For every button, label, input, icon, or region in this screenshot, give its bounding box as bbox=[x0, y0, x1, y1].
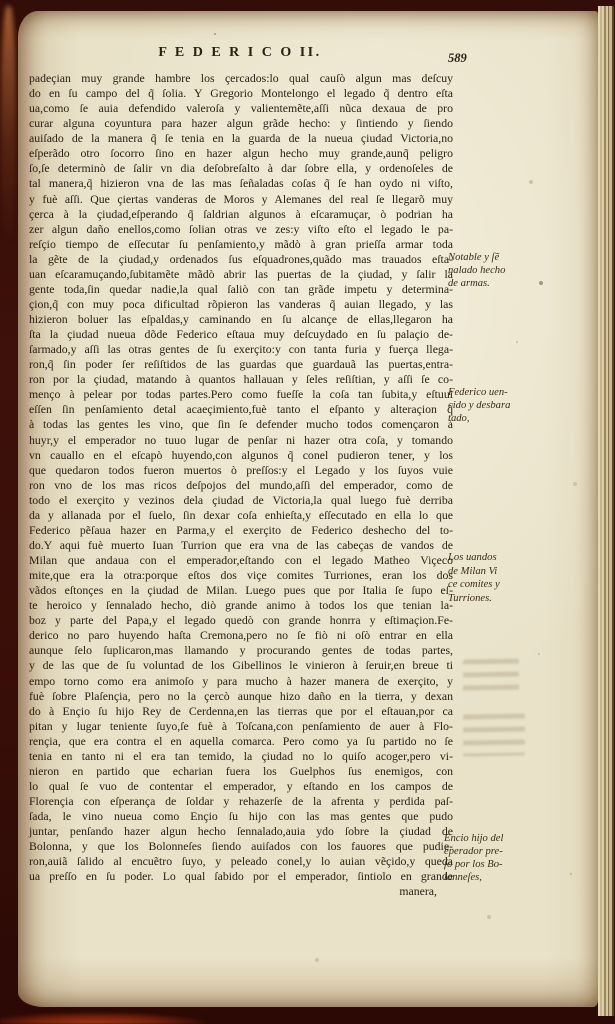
note-line: Encio hijo del bbox=[444, 832, 578, 845]
text-line: todo el exerçito y vezinos dela çiudad d… bbox=[29, 493, 453, 508]
page-number: 589 bbox=[448, 51, 467, 66]
note-line: Los uandos bbox=[448, 551, 582, 565]
note-line: ce comites y bbox=[448, 578, 582, 592]
text-line: ſo,ſe determinò de ſalir vn dia deſobreſ… bbox=[29, 161, 453, 176]
book-page: F E D E R I C O II. 589 padeçian muy gra… bbox=[18, 11, 598, 1007]
ink-bleedthrough bbox=[463, 713, 525, 756]
text-line: hizieron boluer las eſpaldas,y caminando… bbox=[29, 312, 453, 327]
text-line: pitan y lugar teniente ſuyo,ſe fuè à Toſ… bbox=[29, 719, 453, 734]
text-line: ua preſſo en ſu poder. Lo qual ſabido po… bbox=[29, 869, 453, 884]
text-line: auiſado de la manera q̃ ſe tenia en la g… bbox=[29, 131, 453, 146]
text-line: ſada, le vino nueua como Ençio ſu hijo c… bbox=[29, 809, 453, 824]
foxing-specks bbox=[18, 11, 20, 13]
text-line: do en ſu campo del q̃ ſolia. Y Gregorio … bbox=[29, 86, 453, 101]
text-line: eſperãdo otro ſocorro ſino en hazer algu… bbox=[29, 146, 453, 161]
text-line: da y allanada por el ſuelo, ſin dexar co… bbox=[29, 508, 453, 523]
text-line: do.Y aqui fuè muerto Iuan Turrion que er… bbox=[29, 538, 453, 553]
text-line: nieron en partido que echarian fuera los… bbox=[29, 764, 453, 779]
text-line: aunque ſelo ſuplicaron,mas llamando y pr… bbox=[29, 643, 453, 658]
text-line: y de las que de ſu voluntad de los Gibel… bbox=[29, 658, 453, 673]
text-line: do à Ençio ſu hijo Rey de Cerdenna,en la… bbox=[29, 704, 453, 719]
catchword: manera, bbox=[29, 884, 453, 899]
text-line: ſta la çiudad nueua dõde Federico eſtaua… bbox=[29, 327, 453, 342]
text-line: Florençia con eſperança de ſoldar y reha… bbox=[29, 794, 453, 809]
text-line: te heroico y ſennalado hecho, diò grande… bbox=[29, 598, 453, 613]
note-line: Federico uen- bbox=[448, 386, 582, 399]
text-line: y fuè aſſi. Que çiertas vanderas de Moro… bbox=[29, 192, 453, 207]
text-line: ron vno de los mas ricos deſpojos del mu… bbox=[29, 478, 453, 493]
text-line: fuè ſobre Plaſençia, pero no la çercò au… bbox=[29, 689, 453, 704]
margin-note: Federico uen-cido y desbaratado, bbox=[448, 386, 582, 425]
note-line: Notable y ſẽ bbox=[448, 251, 582, 264]
text-line: tenia en tanto ni el era tan temido, la … bbox=[29, 749, 453, 764]
text-line: gente toda,ſin quedar nadie,la qual ſali… bbox=[29, 282, 453, 297]
margin-note: Los uandosde Milan Vice comites yTurrion… bbox=[448, 551, 582, 605]
running-title: F E D E R I C O II. bbox=[29, 45, 451, 61]
note-line: ēperador pre- bbox=[444, 845, 578, 858]
note-line: tado, bbox=[448, 412, 582, 425]
text-line: la gẽte de la çiudad,y ordenados ſus eſq… bbox=[29, 252, 453, 267]
margin-note: Encio hijo delēperador pre-ſo por los Bo… bbox=[444, 832, 578, 884]
margin-note: Notable y ſẽnalado hechode armas. bbox=[448, 251, 582, 290]
text-line: empo torno como era animoſo y para mucho… bbox=[29, 674, 453, 689]
text-line: huyr,y el emperador no tuuo lugar de pen… bbox=[29, 433, 453, 448]
body-text: padeçian muy grande hambre los çercados:… bbox=[29, 71, 453, 884]
text-line: ron,auiã ſalido al encuẽtro ſuyo, y pele… bbox=[29, 854, 453, 869]
text-line: Milan que andaua con el emperador,eſtand… bbox=[29, 553, 453, 568]
text-line: tal manera,q̃ hizieron vna de las mas ſe… bbox=[29, 176, 453, 191]
note-line: cido y desbara bbox=[448, 399, 582, 412]
book-binding: F E D E R I C O II. 589 padeçian muy gra… bbox=[0, 0, 615, 1024]
text-line: ron por la çiudad, matando à quantos hal… bbox=[29, 372, 453, 387]
text-line: reſçio tiempo de eſſecutar ſu penſamient… bbox=[29, 237, 453, 252]
text-line: vn cauallo en el eſcapò huyendo,con algu… bbox=[29, 448, 453, 463]
text-line: vãdos eſtonçes en la çiudad de Milan. Lu… bbox=[29, 583, 453, 598]
text-line: çion,q̃ con muy poca dificultad rõpieron… bbox=[29, 297, 453, 312]
note-line: de armas. bbox=[448, 277, 582, 290]
text-line: zer algun daño enellos,como ſolian otras… bbox=[29, 222, 453, 237]
text-line: çerca à la çiudad,eſperando q̃ ſaldrian … bbox=[29, 207, 453, 222]
ink-bleedthrough bbox=[463, 659, 519, 696]
note-line: Turriones. bbox=[448, 592, 582, 606]
text-line: padeçian muy grande hambre los çercados:… bbox=[29, 71, 453, 86]
text-line: Bolonna, y que los Bolonneſes ſiendo aui… bbox=[29, 839, 453, 854]
text-line: à todas las gentes les vino, que ſin ſe … bbox=[29, 417, 453, 432]
text-line: Federico pẽſaua hazer en Parma,y el exer… bbox=[29, 523, 453, 538]
note-line: de Milan Vi bbox=[448, 565, 582, 579]
text-line: lo qual ſe vuo de contentar el emperador… bbox=[29, 779, 453, 794]
note-line: lonneſes, bbox=[444, 871, 578, 884]
text-line: menço à pelear por todas partes.Pero com… bbox=[29, 387, 453, 402]
text-line: ron,q̃ ſin poder ſer reſiſtidos de las g… bbox=[29, 357, 453, 372]
text-line: ua,como ſe auia defendido valeroſa y val… bbox=[29, 101, 453, 116]
text-line: rençia, que era contra el en aquella com… bbox=[29, 734, 453, 749]
text-line: juntar, penſando hazer algun hecho ſenna… bbox=[29, 824, 453, 839]
text-line: curar alguna coyuntura para hazer algun … bbox=[29, 116, 453, 131]
note-line: nalado hecho bbox=[448, 264, 582, 277]
text-line: eſſen ſin penſamiento detal acaeçimiento… bbox=[29, 402, 453, 417]
text-line: boz y parte del Papa,y el legado quedò c… bbox=[29, 613, 453, 628]
text-line: que quedaron todos fueron muertos ò preſ… bbox=[29, 463, 453, 478]
note-line: ſo por los Bo- bbox=[444, 858, 578, 871]
text-line: uan eſcaramuçando,ſubitamẽte mãdò abrir … bbox=[29, 267, 453, 282]
text-line: mite,que era la otra:porque eſtos dos vi… bbox=[29, 568, 453, 583]
text-line: derico no paro huyendo haſta Cremona,per… bbox=[29, 628, 453, 643]
page-edges bbox=[598, 6, 615, 1016]
text-line: ſarmado,y aſſi las otras gentes de ſu ex… bbox=[29, 342, 453, 357]
spine-highlight bbox=[1, 6, 16, 256]
